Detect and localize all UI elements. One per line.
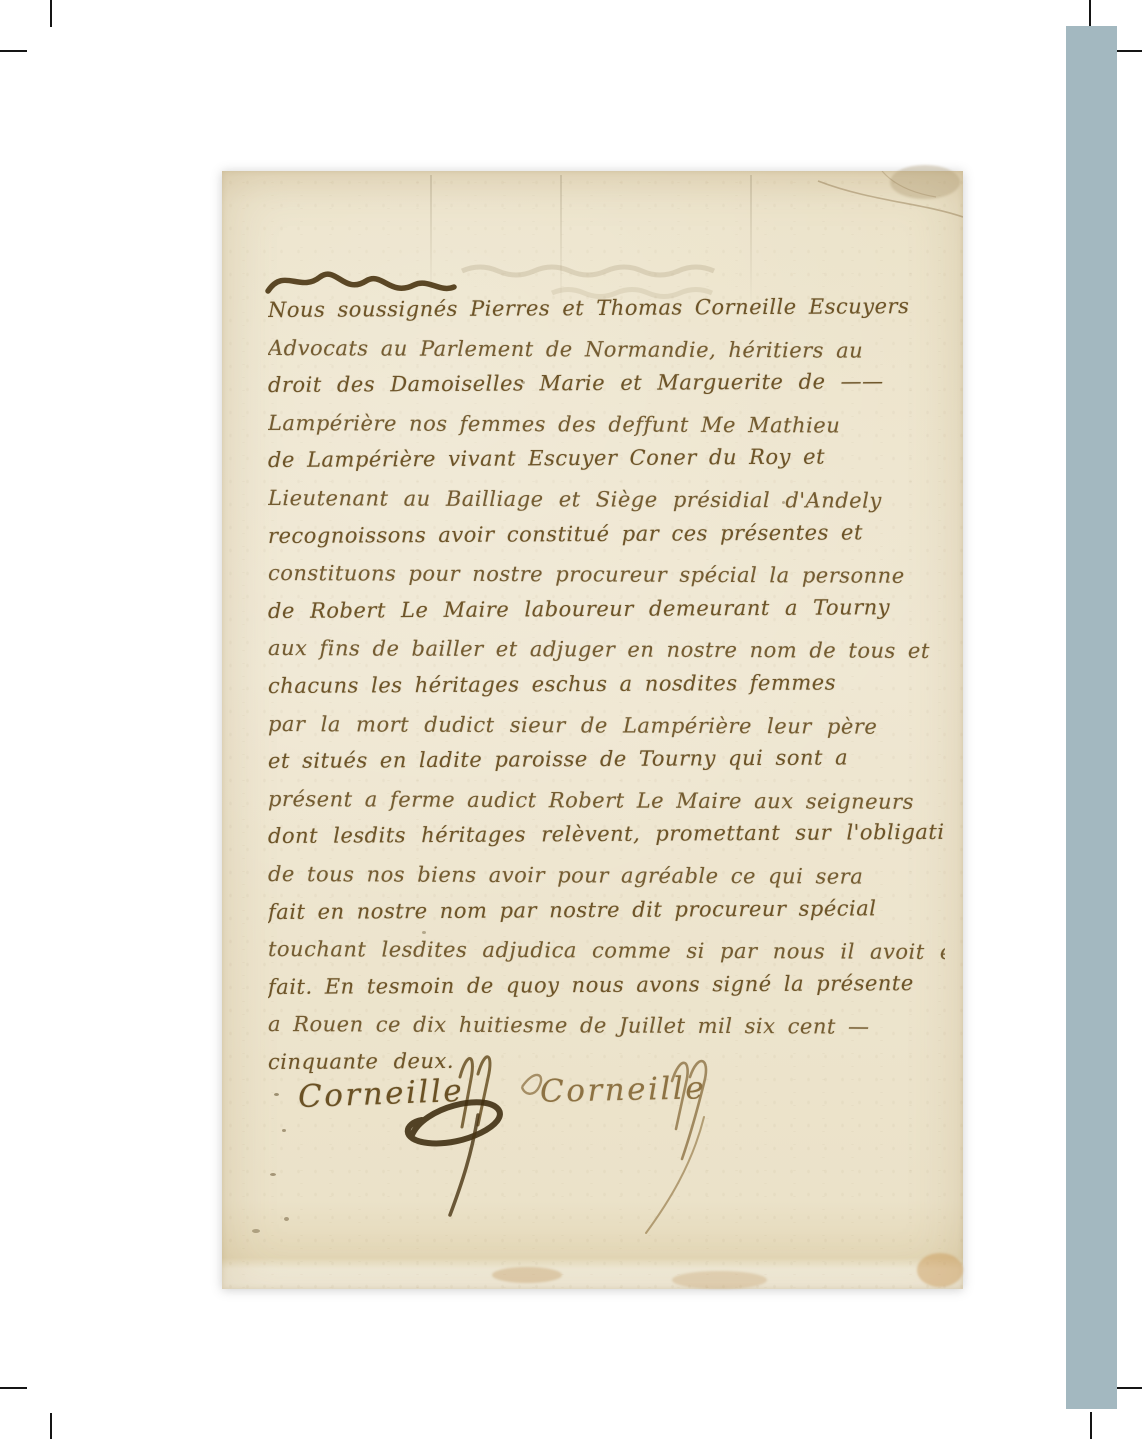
paper-speck <box>252 1229 260 1233</box>
paper-speck <box>284 1217 289 1221</box>
crop-mark-top-right-vertical <box>1089 0 1091 26</box>
manuscript-line: recognoissons avoir constitué par ces pr… <box>268 513 945 555</box>
manuscript-line: fait en nostre nom par nostre dit procur… <box>268 889 945 931</box>
ink-stain <box>672 1271 767 1289</box>
manuscript-line: droit des Damoiselles Marie et Marguerit… <box>268 363 945 405</box>
crop-mark-bottom-left-horizontal <box>0 1387 27 1389</box>
manuscript-line: Nous soussignés Pierres et Thomas Cornei… <box>268 292 945 330</box>
crop-mark-bottom-left-vertical <box>50 1413 52 1439</box>
paper-speck <box>282 1129 286 1132</box>
manuscript-line: fait. En tesmoin de quoy nous avons sign… <box>268 965 945 1007</box>
accent-bar <box>1066 26 1117 1409</box>
fold-crease <box>750 175 752 310</box>
crop-mark-bottom-right-horizontal <box>1117 1387 1142 1389</box>
fold-crease <box>430 175 432 305</box>
crop-mark-top-left-vertical <box>50 0 52 27</box>
paper-speck <box>270 1173 276 1176</box>
crop-mark-bottom-right-vertical <box>1090 1412 1092 1439</box>
manuscript-line: dont lesdits héritages relèvent, promett… <box>268 814 945 856</box>
scan-canvas: Nous soussignés Pierres et Thomas Cornei… <box>0 0 1142 1439</box>
left-paraph-flourish <box>450 1115 478 1215</box>
manuscript-line: chacuns les héritages eschus a nosdites … <box>268 664 945 706</box>
ghost-showthrough <box>462 267 714 275</box>
opening-flourish <box>268 274 454 291</box>
crop-mark-top-left-horizontal <box>0 50 27 52</box>
manuscript-line: de Lampérière vivant Escuyer Coner du Ro… <box>268 438 945 480</box>
signature-corneille-right: Corneille <box>540 1070 707 1109</box>
ink-stain <box>917 1253 963 1287</box>
right-paraph-flourish <box>646 1117 704 1233</box>
paper-speck <box>274 1093 279 1096</box>
ink-stain <box>492 1267 562 1283</box>
manuscript-text-block: Nous soussignés Pierres et Thomas Cornei… <box>268 292 945 1081</box>
crop-mark-top-right-horizontal <box>1117 50 1142 52</box>
manuscript-page: Nous soussignés Pierres et Thomas Cornei… <box>222 171 963 1289</box>
manuscript-line: et situés en ladite paroisse de Tourny q… <box>268 739 945 781</box>
manuscript-line: de Robert Le Maire laboureur demeurant a… <box>268 589 945 631</box>
corner-shadow <box>890 165 960 199</box>
signature-corneille-left: Corneille <box>297 1073 464 1115</box>
